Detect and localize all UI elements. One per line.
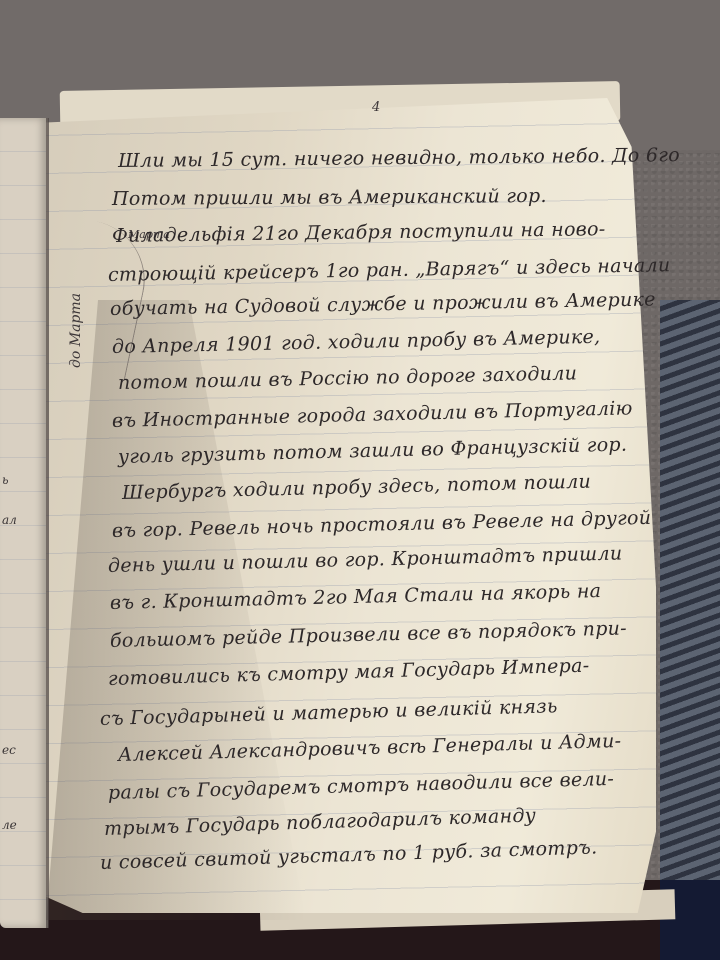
text-line: съ Государыней и матерью и великій князь bbox=[100, 695, 558, 730]
text-line: ралы съ Государемъ смотръ наводили все в… bbox=[108, 768, 615, 804]
text-line: день ушли и пошли во гор. Кронштадтъ при… bbox=[108, 542, 623, 577]
text-line: обучать на Судовой службе и прожили въ А… bbox=[110, 288, 656, 320]
text-line: и совсей свитой угьсталъ по 1 руб. за см… bbox=[100, 836, 598, 874]
text-line: въ г. Кронштадтъ 2го Мая Стали на якорь … bbox=[110, 580, 602, 614]
text-line: строющій крейсеръ 1го ран. „Варягъ“ и зд… bbox=[108, 254, 671, 286]
text-line: Потом пришли мы въ Американский гор. bbox=[112, 185, 547, 210]
text-line: уголь грузить потом зашли во Французскій… bbox=[118, 434, 628, 468]
handwritten-text-body: Шли мы 15 сут. ничего невидно, только не… bbox=[0, 0, 720, 960]
text-line: потом пошли въ Россію по дороге заходили bbox=[118, 362, 578, 394]
text-line: трымъ Государь поблагодарилъ команду bbox=[104, 804, 537, 840]
text-line: въ гор. Ревель ночь простояли въ Ревеле … bbox=[112, 507, 652, 542]
text-line: до Апреля 1901 год. ходили пробу въ Амер… bbox=[112, 326, 601, 358]
text-line: Алексей Александровичъ всѣ Генералы и Ад… bbox=[118, 730, 622, 766]
text-line: большомъ рейде Произвели все въ порядокъ… bbox=[110, 617, 627, 652]
text-line: готовились къ смотру мая Государь Импера… bbox=[108, 655, 590, 690]
text-line: Филадельфія 21го Декабря поступили на но… bbox=[112, 218, 606, 247]
text-line: въ Иностранные города заходили въ Португ… bbox=[112, 397, 633, 432]
text-line: Шербургъ ходили пробу здесь, потом пошли bbox=[122, 471, 592, 504]
text-line: Шли мы 15 сут. ничего невидно, только не… bbox=[118, 144, 680, 172]
